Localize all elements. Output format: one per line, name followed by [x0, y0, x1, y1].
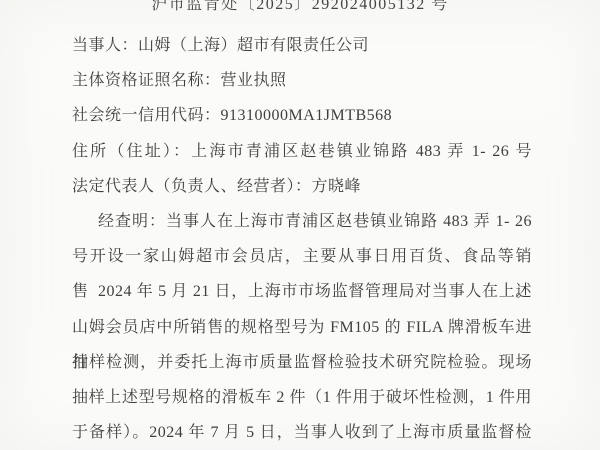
document-line: 山姆会员店中所销售的规格型号为 FM105 的 FILA 牌滑板车进行: [72, 310, 532, 345]
document-line: 当事人：山姆（上海）超市有限责任公司: [72, 28, 532, 63]
document-line: 号开设一家山姆超市会员店，主要从事日用百货、食品等销售。: [72, 239, 532, 274]
document-line: 法定代表人（负责人、经营者）：方晓峰: [72, 169, 532, 204]
document-line: 抽样检测，并委托上海市质量监督检验技术研究院检验。现场: [72, 345, 532, 380]
document-line: 抽样上述型号规格的滑板车 2 件（1 件用于破坏性检测，1 件用: [72, 380, 532, 415]
document-number: 沪市监青处〔2025〕292024005132 号: [0, 0, 600, 14]
document-line: 社会统一信用代码：91310000MA1JMTB568: [72, 98, 532, 133]
document-line: 经查明：当事人在上海市青浦区赵巷镇业锦路 483 弄 1- 26: [72, 204, 532, 239]
document-line: 主体资格证照名称：营业执照: [72, 63, 532, 98]
document-line: 于备样）。2024 年 7 月 5 日，当事人收到了上海市质量监督检验: [72, 415, 532, 450]
document-photo: 沪市监青处〔2025〕292024005132 号 当事人：山姆（上海）超市有限…: [0, 0, 600, 450]
document-line: 住所（住址）：上海市青浦区赵巷镇业锦路 483 弄 1- 26 号: [72, 134, 532, 169]
document-body: 当事人：山姆（上海）超市有限责任公司 主体资格证照名称：营业执照 社会统一信用代…: [72, 28, 532, 450]
document-line: 2024 年 5 月 21 日，上海市市场监督管理局对当事人在上述: [72, 274, 532, 309]
document-page: 沪市监青处〔2025〕292024005132 号 当事人：山姆（上海）超市有限…: [0, 0, 600, 450]
